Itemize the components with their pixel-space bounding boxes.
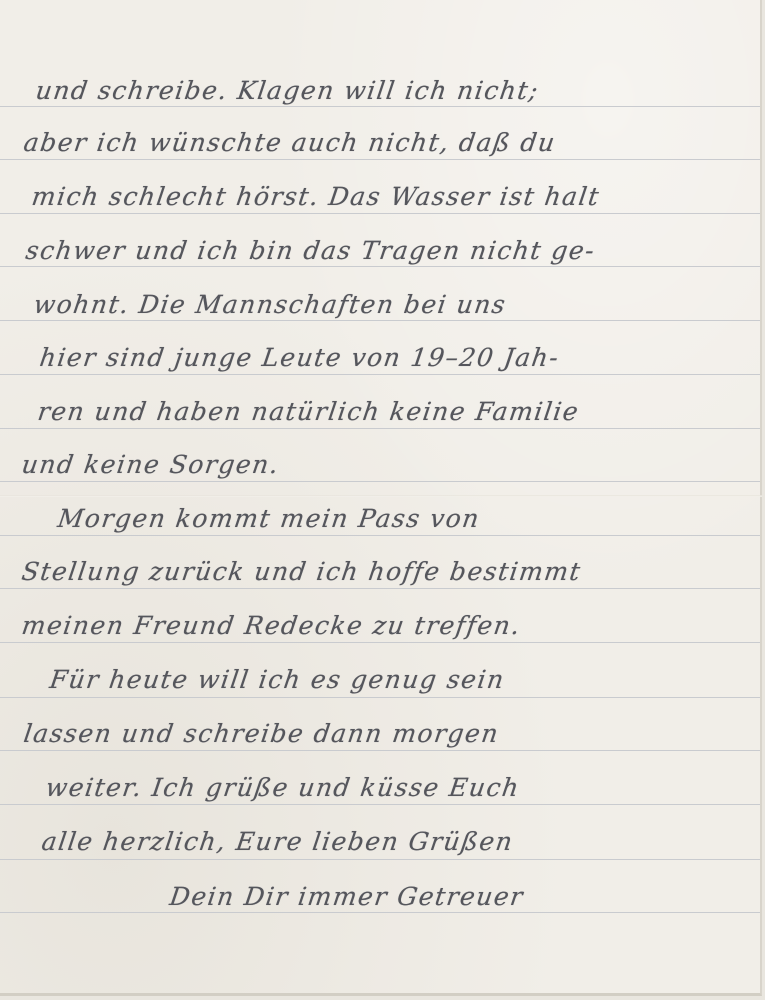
letter-line-15: alle herzlich, Eure lieben Grüßen: [40, 827, 516, 856]
letter-line-12: Für heute will ich es genug sein: [48, 665, 507, 694]
paper-fold: [0, 495, 762, 497]
letter-line-9: Morgen kommt mein Pass von: [56, 504, 482, 533]
ruled-line: [0, 213, 760, 214]
ruled-line: [0, 481, 760, 482]
ruled-line: [0, 804, 760, 805]
letter-line-3: mich schlecht hörst. Das Wasser ist halt: [30, 182, 602, 211]
letter-line-14: weiter. Ich grüße und küsse Euch: [44, 773, 522, 802]
ruled-line: [0, 750, 760, 751]
ruled-line: [0, 374, 760, 375]
ruled-line: [0, 697, 760, 698]
ruled-line: [0, 859, 760, 860]
letter-line-13: lassen und schreibe dann morgen: [22, 719, 501, 748]
letter-page: und schreibe. Klagen will ich nicht; abe…: [0, 0, 762, 996]
letter-line-10: Stellung zurück und ich hoffe bestimmt: [20, 557, 583, 586]
letter-line-5: wohnt. Die Mannschaften bei uns: [32, 290, 508, 319]
letter-line-6: hier sind junge Leute von 19–20 Jah-: [38, 343, 561, 372]
letter-line-11: meinen Freund Redecke zu treffen.: [20, 611, 523, 640]
ruled-line: [0, 535, 760, 536]
ruled-line: [0, 320, 760, 321]
letter-line-1: und schreibe. Klagen will ich nicht;: [34, 76, 541, 105]
ruled-line: [0, 428, 760, 429]
ruled-line: [0, 266, 760, 267]
ruled-line: [0, 642, 760, 643]
letter-line-8: und keine Sorgen.: [20, 450, 281, 479]
ruled-line: [0, 588, 760, 589]
ruled-line: [0, 106, 760, 107]
letter-line-4: schwer und ich bin das Tragen nicht ge-: [24, 236, 597, 265]
letter-line-2: aber ich wünschte auch nicht, daß du: [22, 128, 558, 157]
ruled-line: [0, 912, 760, 913]
letter-signature: Dein Dir immer Getreuer: [168, 882, 526, 911]
ruled-line: [0, 159, 760, 160]
letter-line-7: ren und haben natürlich keine Familie: [36, 397, 581, 426]
